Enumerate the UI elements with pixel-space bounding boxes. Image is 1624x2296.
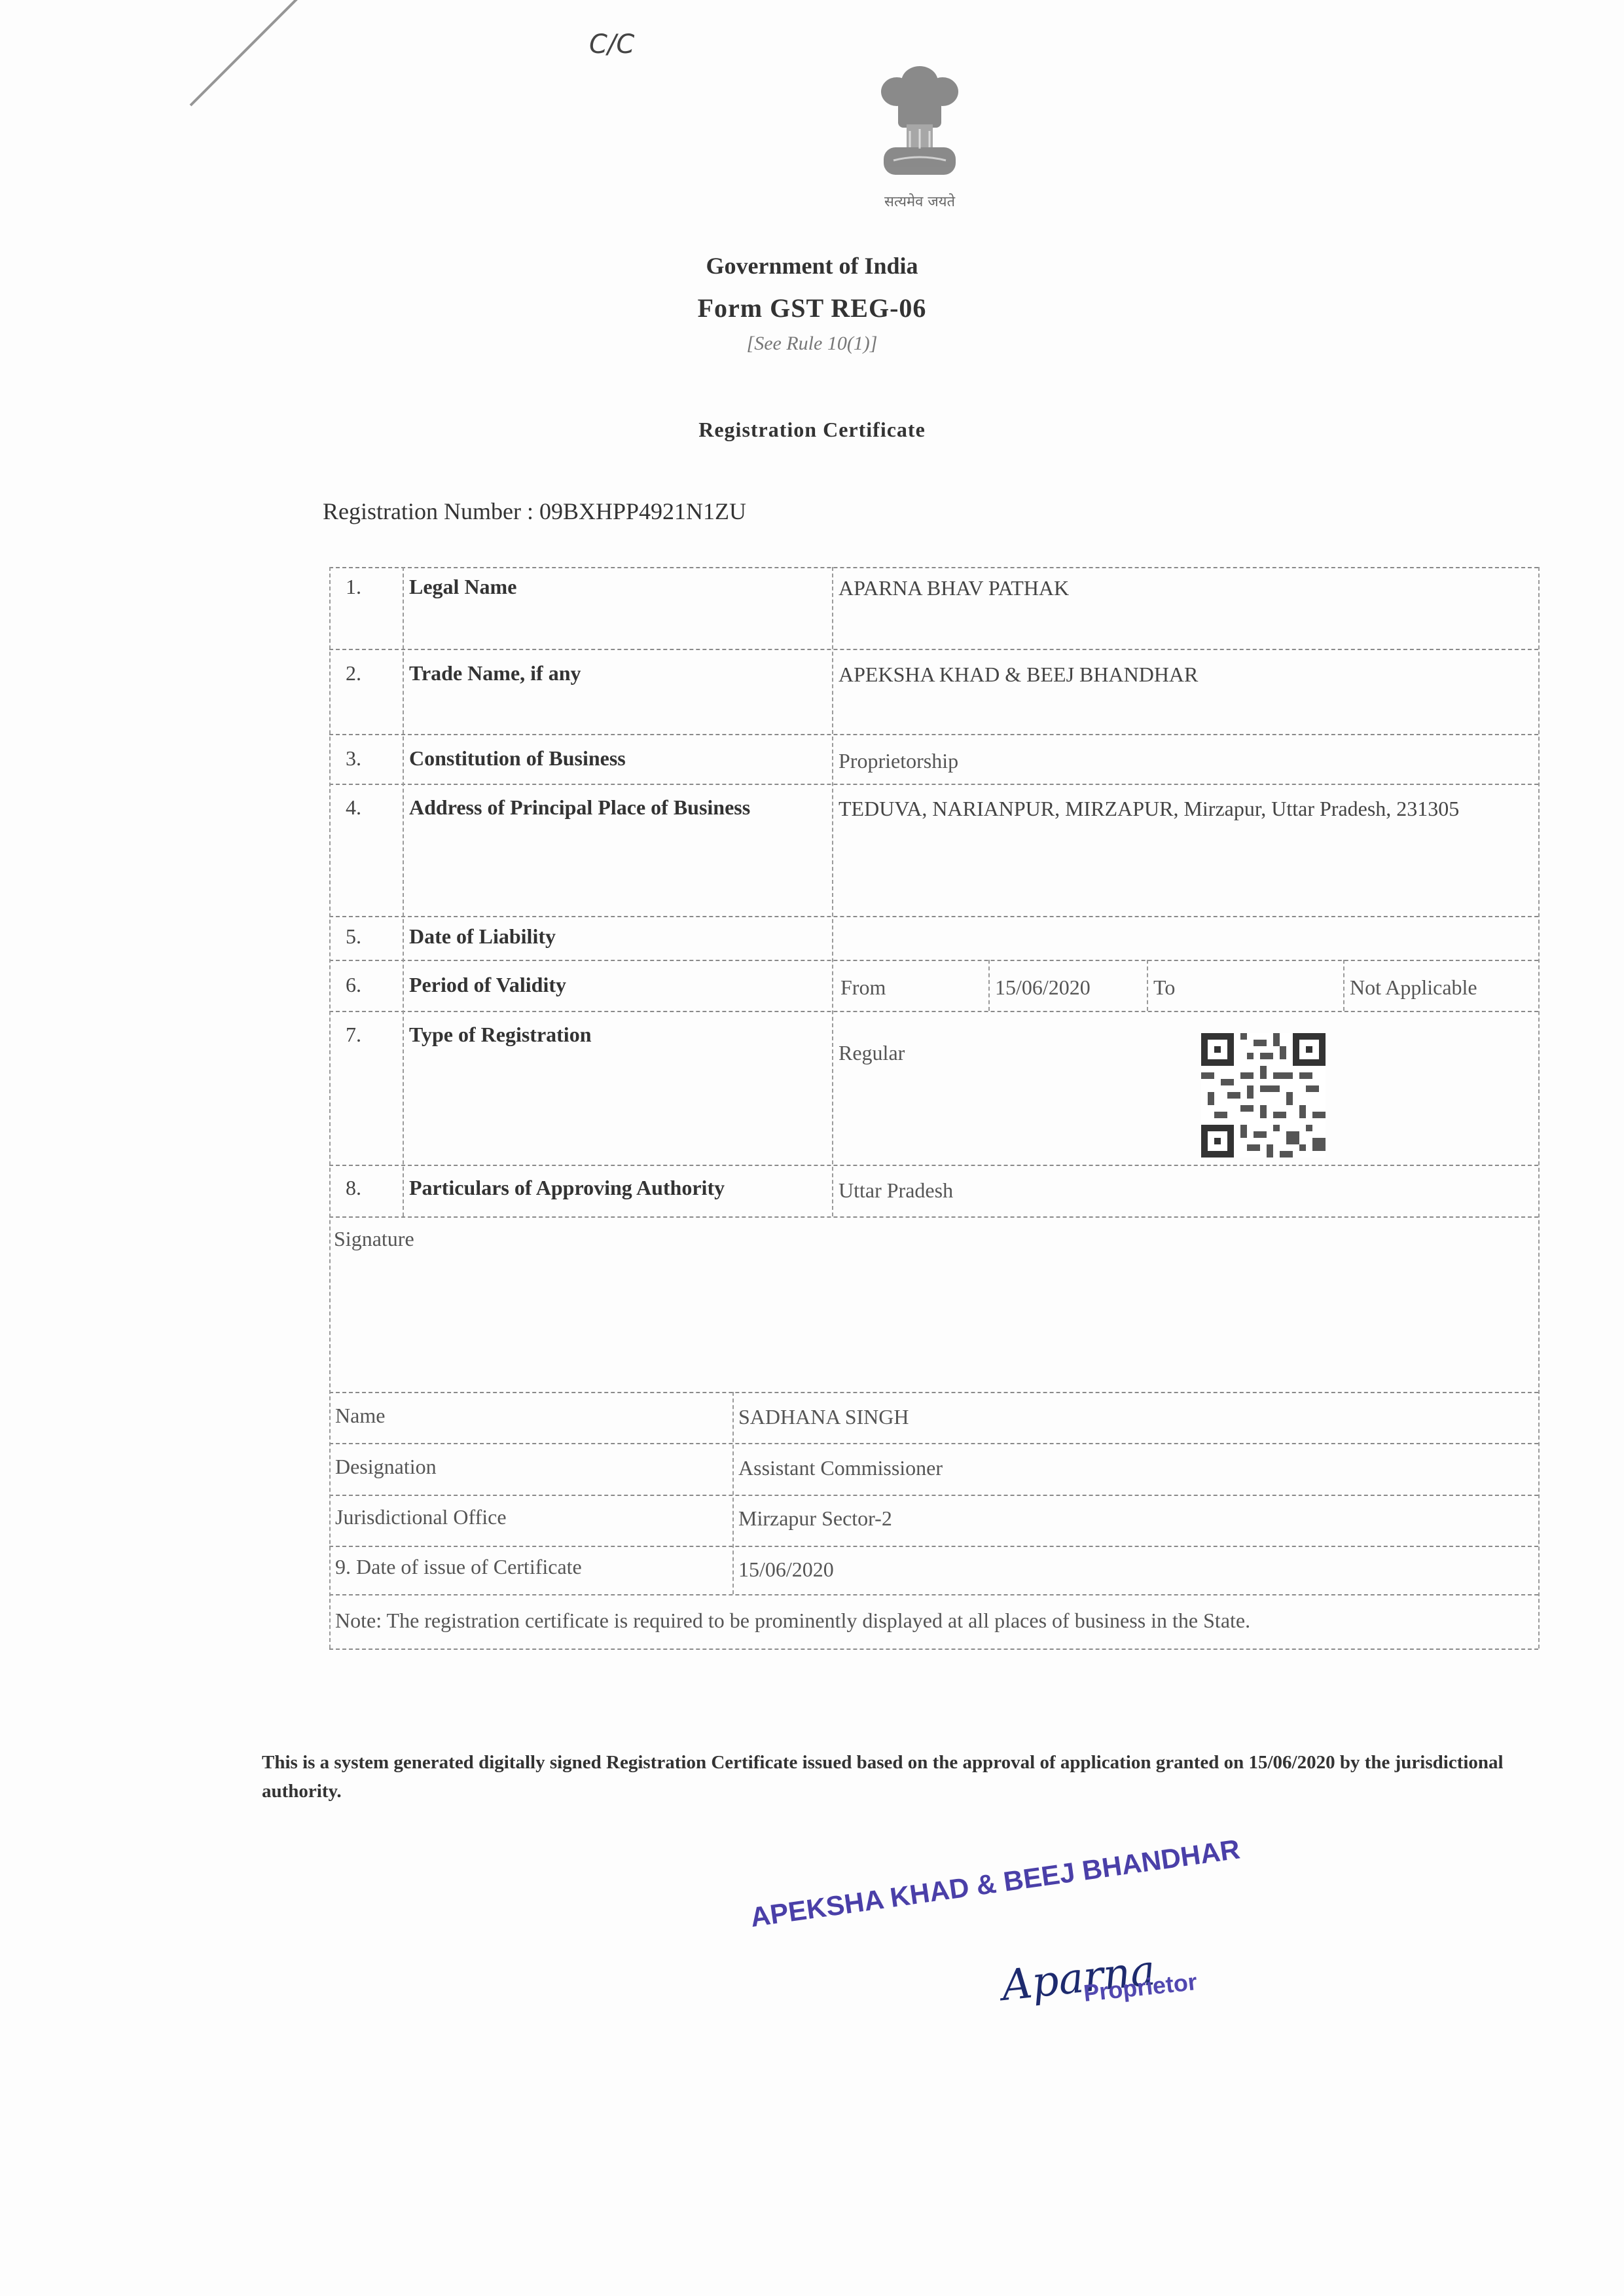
jurisdictional-office-value: Mirzapur Sector-2	[738, 1506, 892, 1530]
registration-number: Registration Number : 09BXHPP4921N1ZU	[323, 498, 746, 525]
row-number: 5.	[346, 924, 361, 948]
date-of-liability-label: Date of Liability	[409, 924, 556, 948]
designation-label: Designation	[335, 1455, 437, 1478]
approving-authority-value: Uttar Pradesh	[839, 1178, 953, 1202]
row-number: 6.	[346, 973, 361, 996]
constitution-label: Constitution of Business	[409, 746, 626, 770]
registration-type-value: Regular	[839, 1041, 905, 1065]
table-divider	[832, 567, 833, 1216]
table-divider	[329, 1495, 1538, 1496]
form-title: Form GST REG-06	[0, 293, 1624, 323]
officer-name-value: SADHANA SINGH	[738, 1405, 909, 1429]
issue-date-label: 9. Date of issue of Certificate	[335, 1555, 582, 1578]
table-border	[329, 567, 331, 1649]
table-border	[329, 1649, 1538, 1650]
registration-number-label: Registration Number :	[323, 498, 533, 524]
signature-label: Signature	[334, 1227, 414, 1250]
table-divider	[329, 1392, 1538, 1393]
row-number: 1.	[346, 575, 361, 598]
constitution-value: Proprietorship	[839, 749, 958, 773]
row-number: 4.	[346, 795, 361, 819]
table-divider	[403, 567, 404, 1216]
legal-name-label: Legal Name	[409, 575, 516, 598]
validity-to-label: To	[1153, 975, 1175, 999]
validity-from-date: 15/06/2020	[995, 975, 1091, 999]
table-divider	[329, 784, 1538, 785]
table-divider	[1343, 960, 1344, 1011]
address-value: TEDUVA, NARIANPUR, MIRZAPUR, Mirzapur, U…	[839, 797, 1532, 820]
government-title: Government of India	[0, 252, 1624, 280]
emblem-motto: सत्यमेव जयते	[871, 191, 969, 211]
registration-number-value: 09BXHPP4921N1ZU	[539, 498, 746, 524]
issue-date-value: 15/06/2020	[738, 1558, 834, 1581]
table-divider	[329, 1165, 1538, 1166]
table-border	[1538, 567, 1540, 1649]
legal-name-value: APARNA BHAV PATHAK	[839, 576, 1069, 600]
table-divider	[329, 1546, 1538, 1547]
rule-reference: [See Rule 10(1)]	[0, 333, 1624, 355]
table-divider	[329, 916, 1538, 917]
table-border	[329, 567, 1538, 568]
registration-type-label: Type of Registration	[409, 1023, 591, 1046]
system-generated-footer: This is a system generated digitally sig…	[262, 1748, 1584, 1806]
row-number: 7.	[346, 1023, 361, 1046]
display-note: Note: The registration certificate is re…	[335, 1609, 1533, 1632]
table-divider	[329, 649, 1538, 650]
validity-label: Period of Validity	[409, 973, 566, 996]
officer-name-label: Name	[335, 1404, 385, 1427]
table-divider	[1147, 960, 1148, 1011]
validity-to-date: Not Applicable	[1350, 975, 1477, 999]
national-emblem-icon	[871, 56, 969, 200]
row-number: 2.	[346, 661, 361, 685]
trade-name-label: Trade Name, if any	[409, 661, 581, 685]
table-divider	[329, 734, 1538, 735]
address-label: Address of Principal Place of Business	[409, 795, 776, 819]
row-number: 3.	[346, 746, 361, 770]
qr-code-icon	[1201, 1033, 1326, 1157]
jurisdictional-office-label: Jurisdictional Office	[335, 1505, 507, 1529]
certificate-title: Registration Certificate	[0, 418, 1624, 442]
handwritten-mark: C/C	[589, 29, 634, 60]
designation-value: Assistant Commissioner	[738, 1456, 943, 1480]
trade-name-value: APEKSHA KHAD & BEEJ BHANDHAR	[839, 663, 1198, 686]
table-divider	[329, 1216, 1538, 1218]
table-divider	[329, 960, 1538, 961]
row-number: 8.	[346, 1176, 361, 1199]
table-divider	[329, 1011, 1538, 1012]
table-divider	[329, 1594, 1538, 1595]
pen-mark	[190, 0, 321, 106]
validity-from-label: From	[840, 975, 886, 999]
table-divider	[988, 960, 990, 1011]
business-stamp: APEKSHA KHAD & BEEJ BHANDHAR	[748, 1833, 1242, 1933]
table-divider	[732, 1392, 734, 1594]
approving-authority-label: Particulars of Approving Authority	[409, 1176, 725, 1199]
table-divider	[329, 1443, 1538, 1444]
